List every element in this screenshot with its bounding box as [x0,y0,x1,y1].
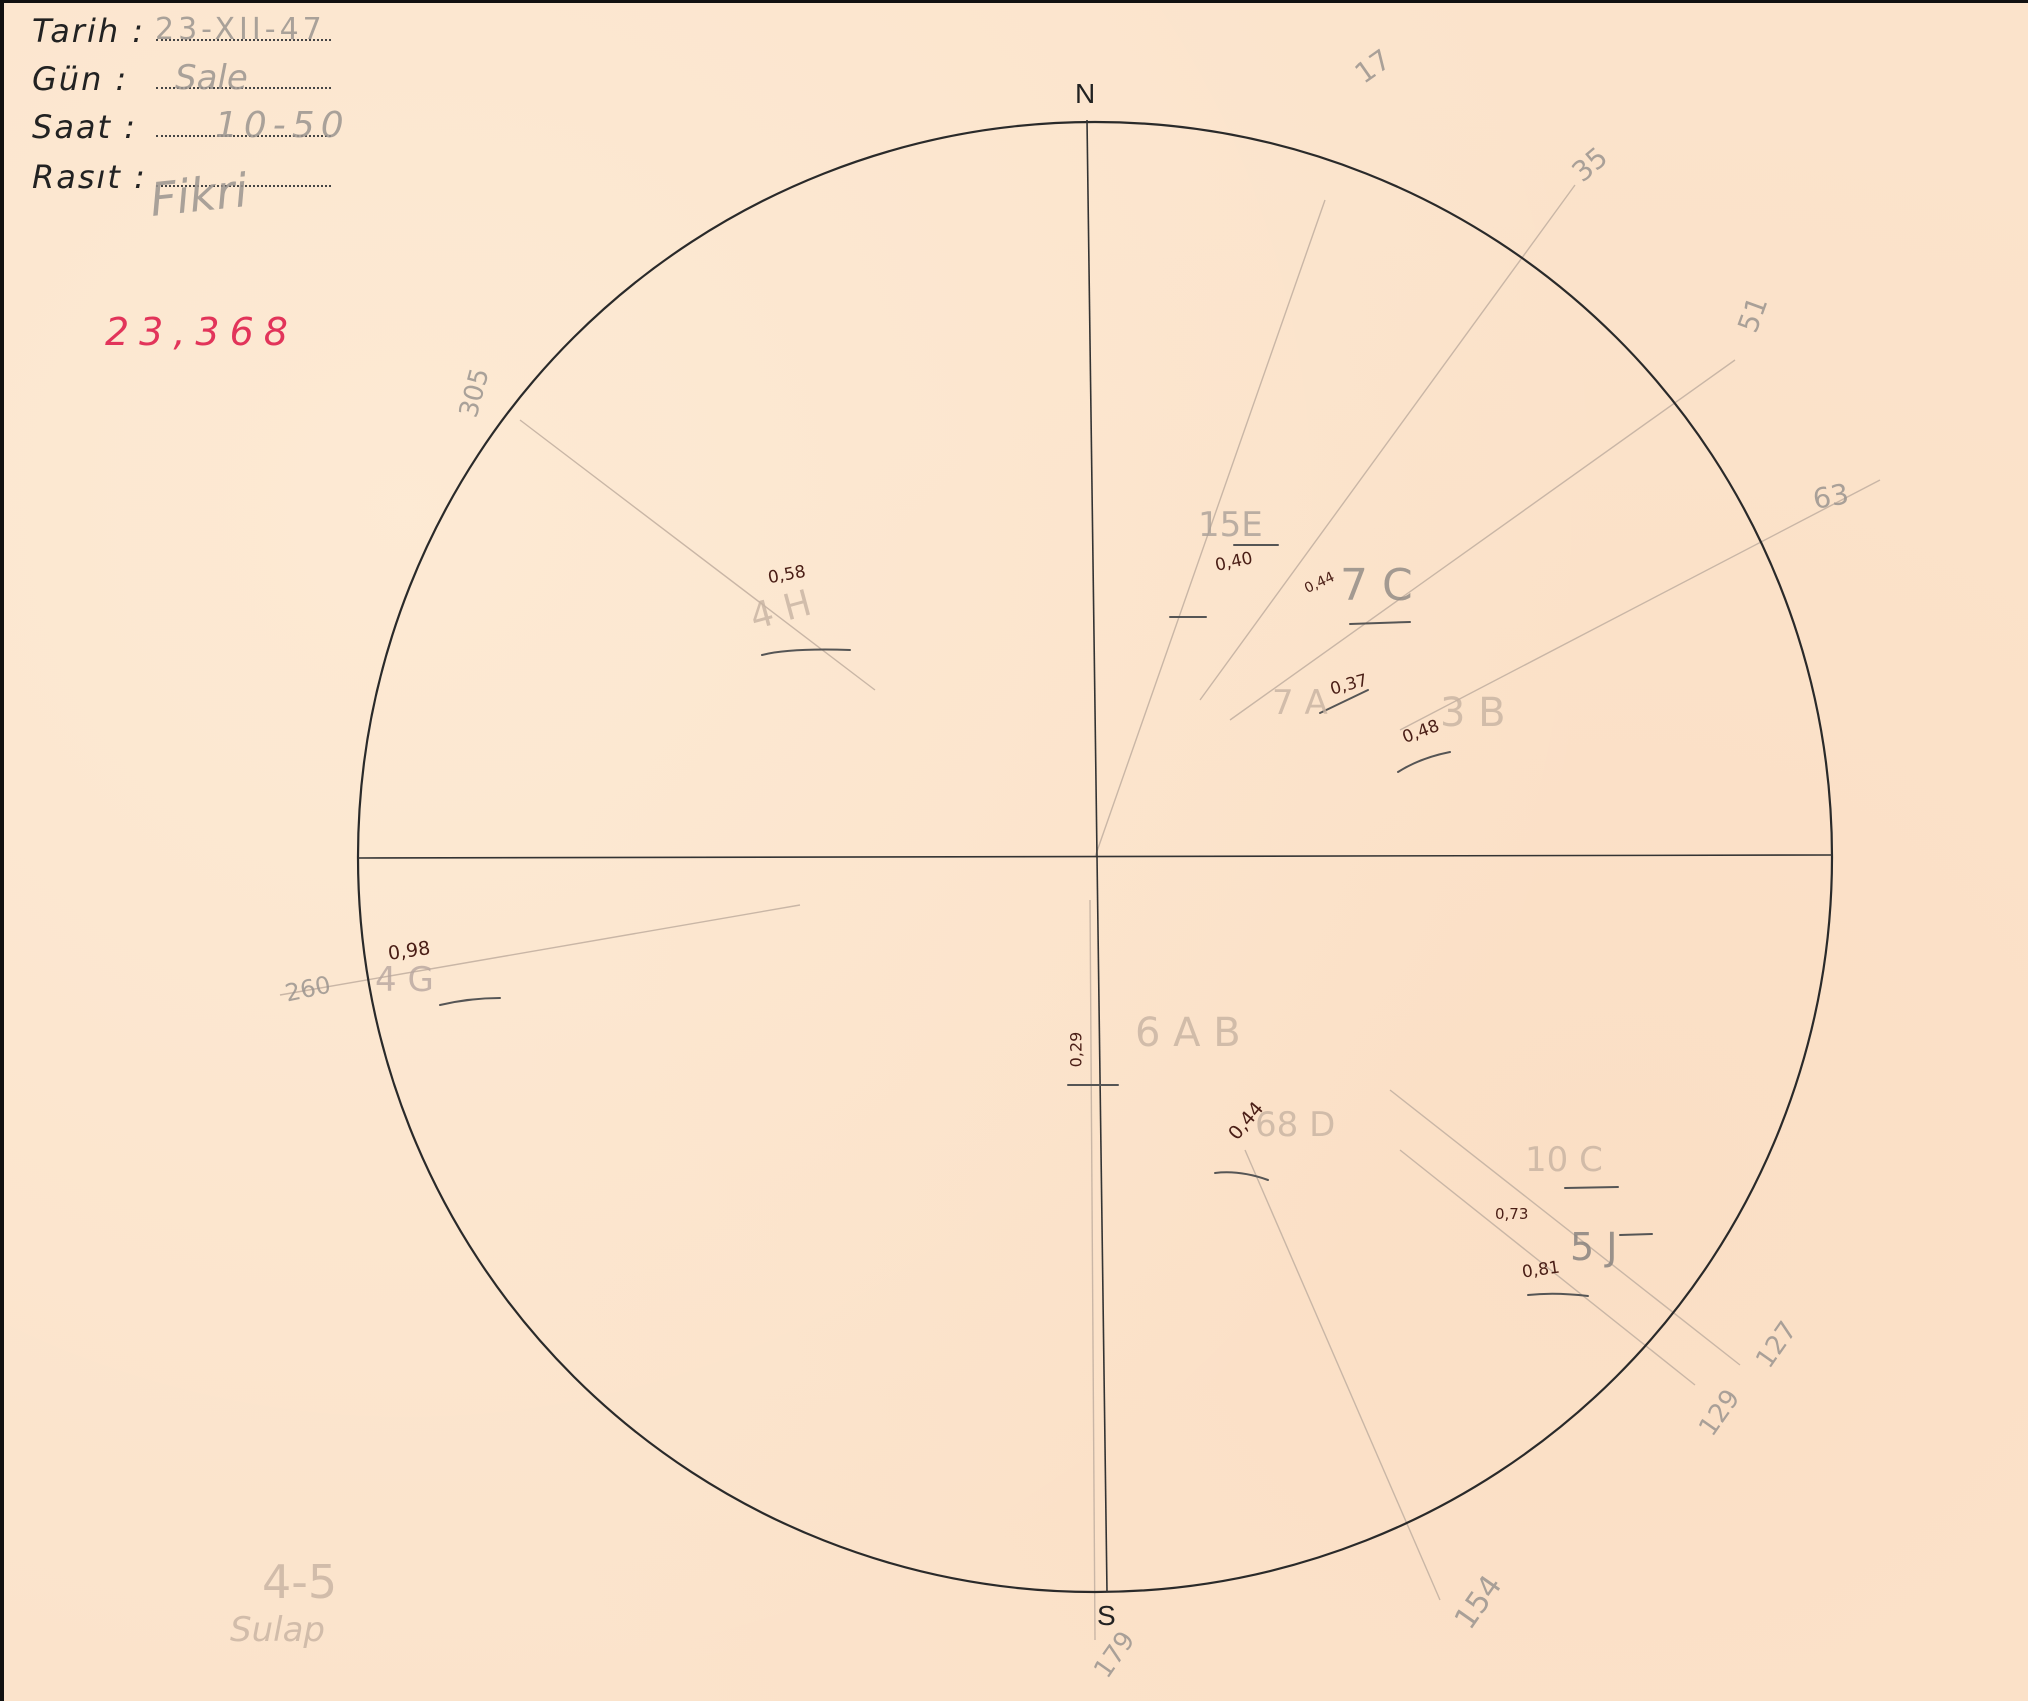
radial-line-51 [1230,360,1735,720]
north-label: N [1075,78,1095,110]
group-label-e: 15E [1198,505,1263,545]
spot-mark-c [1350,622,1410,624]
radial-guide-lines [280,185,1880,1640]
solar-disk-drawing [0,0,2028,1701]
spot-mark-d [1215,1172,1268,1180]
footer-note: 4-5 [262,1555,337,1609]
spot-marks [440,545,1652,1296]
group-label-j: 5 J [1570,1225,1617,1269]
spot-mark-b [1398,752,1450,772]
group-label-a: 7 A [1272,683,1328,723]
group-label-b: 3 B [1440,690,1506,736]
area-value-center: 0,29 [1066,1032,1085,1068]
spot-mark-j-under [1528,1294,1588,1296]
spot-mark-j [1620,1234,1652,1235]
spot-mark-g [440,998,500,1005]
group-label-g: 4 G [375,960,434,1000]
radial-line-260 [280,905,800,995]
group-label-c: 7 C [1340,560,1413,611]
spot-mark-ec [1565,1187,1618,1188]
radial-label-63: 63 [1810,477,1851,516]
area-value-ec: 0,73 [1495,1205,1528,1223]
group-label-ab: 6 A B [1135,1010,1241,1056]
south-label: S [1097,1600,1116,1632]
radial-line-154 [1245,1150,1440,1600]
radial-line-127 [1390,1090,1740,1365]
group-label-ec: 10 C [1525,1140,1603,1180]
spot-mark-h [762,650,850,655]
footer-note-sub: Sulap [230,1610,325,1650]
radial-line-179 [1090,900,1095,1640]
